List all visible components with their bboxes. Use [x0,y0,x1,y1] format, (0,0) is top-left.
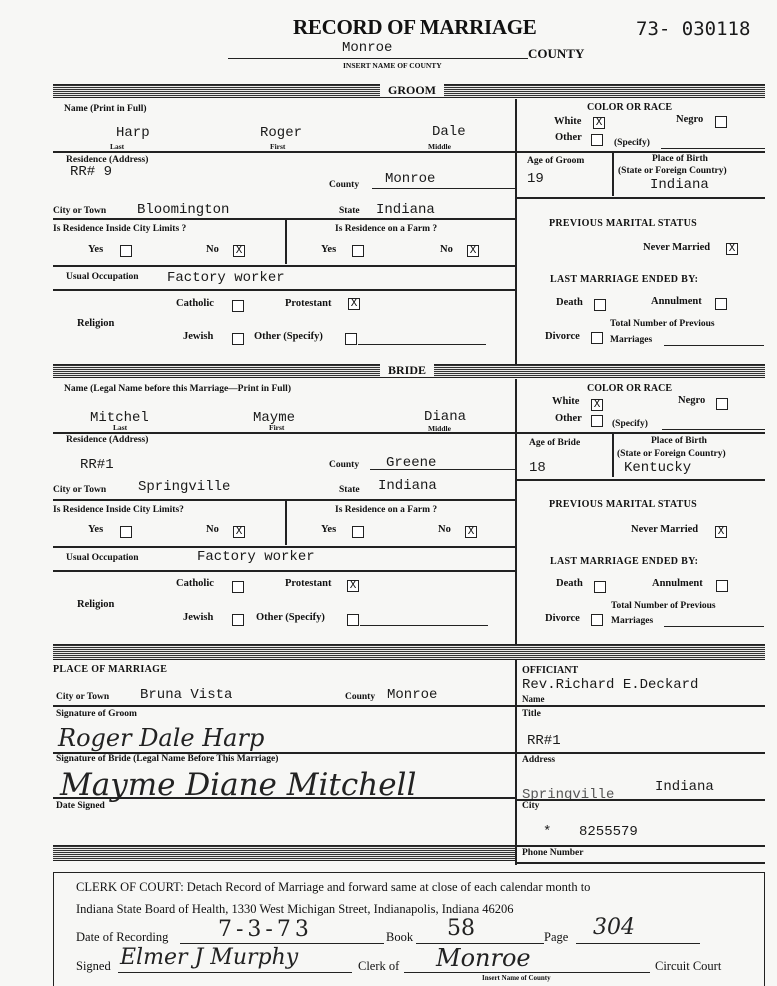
date-of-recording-label: Date of Recording [76,930,168,945]
underline [662,429,765,430]
clerk-county-written[interactable]: Monroe [436,944,531,972]
divider [53,570,515,572]
bride-county-label: County [329,460,359,470]
groom-catholic-label: Catholic [176,298,214,309]
bride-divorce-label: Divorce [545,613,580,624]
divider [516,197,765,199]
divider [516,845,765,847]
bride-other-race-label: Other [555,413,582,424]
bride-annulment-label: Annulment [652,578,703,589]
groom-annulment-checkbox[interactable] [715,298,727,310]
groom-death-label: Death [556,297,583,308]
bride-divorce-checkbox[interactable] [591,614,603,626]
header-county-value[interactable]: Monroe [342,40,392,56]
underline [661,148,765,149]
groom-age[interactable]: 19 [527,171,544,187]
groom-other-race-checkbox[interactable] [591,134,603,146]
divider [53,289,515,291]
place-city[interactable]: Bruna Vista [140,687,232,703]
groom-section-label: GROOM [380,83,444,97]
date-of-recording[interactable]: 7-3-73 [218,917,313,942]
groom-farm-yes-label: Yes [321,244,336,255]
bride-state[interactable]: Indiana [378,478,437,494]
underline [372,188,515,189]
groom-city-limits-no-label: No [206,244,219,255]
bride-protestant-label: Protestant [285,578,331,589]
bride-death-checkbox[interactable] [594,581,606,593]
bride-total-prev-label: Total Number of Previous [611,601,716,611]
bride-name-label: Name (Legal Name before this Marriage—Pr… [64,384,291,394]
bride-farm-no-checkbox[interactable]: X [465,526,477,538]
divider [53,797,515,799]
bride-other-religion-checkbox[interactable] [347,614,359,626]
bride-negro-checkbox[interactable] [716,398,728,410]
groom-county-label: County [329,180,359,190]
bride-first-caption: First [269,423,284,432]
divider [53,705,515,707]
groom-white-label: White [554,116,581,127]
groom-birth-place[interactable]: Indiana [650,177,709,193]
divider [53,546,515,548]
bride-birth-place[interactable]: Kentucky [624,460,691,476]
page-label: Page [544,930,568,945]
groom-birth-sub: (State or Foreign Country) [618,166,727,176]
signed-label: Signed [76,959,111,974]
groom-signature-label: Signature of Groom [56,709,137,719]
groom-protestant-checkbox[interactable]: X [348,298,360,310]
header-county-caption: INSERT NAME OF COUNTY [343,61,442,70]
bride-state-label: State [339,485,360,495]
underline [180,943,384,944]
groom-first-caption: First [270,142,285,151]
bride-city-limits-no-checkbox[interactable]: X [233,526,245,538]
divider [53,265,515,267]
bride-age[interactable]: 18 [529,460,546,476]
officiant-phone-label: Phone Number [522,848,584,858]
groom-last-caption: Last [110,142,124,151]
divider [285,500,287,545]
officiant-name-label: Name [522,694,545,704]
groom-middle-name[interactable]: Dale [432,124,466,140]
bride-city[interactable]: Springville [138,479,230,495]
bride-white-checkbox[interactable]: X [591,399,603,411]
groom-negro-checkbox[interactable] [715,116,727,128]
bride-catholic-checkbox[interactable] [232,581,244,593]
bride-birth-sub: (State or Foreign Country) [617,449,726,459]
groom-county[interactable]: Monroe [385,171,435,187]
officiant-state[interactable]: Indiana [655,779,714,795]
bride-signature-label: Signature of Bride (Legal Name Before Th… [56,754,278,764]
groom-occupation-label: Usual Occupation [66,272,139,282]
officiant-address-label: Address [522,755,555,765]
divider [516,432,765,434]
groom-city-limits-label: Is Residence Inside City Limits ? [53,224,186,234]
book-label: Book [386,930,413,945]
groom-prev-status-label: PREVIOUS MARITAL STATUS [549,218,697,229]
groom-never-married-label: Never Married [643,242,710,253]
divider [516,752,765,754]
bride-city-limits-label: Is Residence Inside City Limits? [53,505,184,515]
divider [516,799,765,801]
underline [118,972,352,973]
groom-divorce-label: Divorce [545,331,580,342]
officiant-title[interactable]: RR#1 [527,733,561,749]
place-bottom-bar [53,845,515,861]
place-column-divider [515,660,517,865]
divider [516,862,765,864]
groom-last-name[interactable]: Harp [116,125,150,141]
groom-birth-label: Place of Birth [652,154,708,164]
divider [53,499,515,501]
bride-other-race-checkbox[interactable] [591,415,603,427]
date-signed-label: Date Signed [56,801,105,811]
divider [516,705,765,707]
bride-total-prev-field[interactable] [664,626,764,627]
divider [53,432,515,434]
bride-catholic-label: Catholic [176,578,214,589]
bride-residence-label: Residence (Address) [66,435,148,445]
groom-city-label: City or Town [53,206,106,216]
divider [612,152,614,196]
underline [360,625,488,626]
underline [576,943,700,944]
divider [53,218,515,220]
bride-middle-name[interactable]: Diana [424,409,466,425]
header-county-line [228,58,528,59]
clerk-signature[interactable]: Elmer J Murphy [120,945,298,970]
officiant-name[interactable]: Rev.Richard E.Deckard [522,677,698,693]
groom-annulment-label: Annulment [651,296,702,307]
groom-total-prev-field[interactable] [664,345,764,346]
bride-farm-yes-checkbox[interactable] [352,526,364,538]
header-county-label: COUNTY [528,46,584,62]
groom-specify-label: (Specify) [614,138,650,148]
bride-never-married-label: Never Married [631,524,698,535]
bride-section-label: BRIDE [380,363,434,377]
groom-middle-caption: Middle [428,142,451,151]
underline [358,344,486,345]
bride-protestant-checkbox[interactable]: X [347,580,359,592]
groom-column-divider [515,99,517,364]
bride-farm-label: Is Residence on a Farm ? [335,505,437,515]
clerk-instructions-line-2: Indiana State Board of Health, 1330 West… [76,902,514,917]
bride-marriages-label: Marriages [611,616,653,626]
clerk-instructions-line-1: CLERK OF COURT: Detach Record of Marriag… [76,880,590,895]
bride-residence[interactable]: RR#1 [80,457,114,473]
document-title: RECORD OF MARRIAGE [293,15,536,40]
groom-other-religion-label: Other (Specify) [254,331,323,342]
groom-catholic-checkbox[interactable] [232,300,244,312]
bride-never-married-checkbox[interactable]: X [715,526,727,538]
bride-occupation[interactable]: Factory worker [197,549,315,565]
clerk-of-label: Clerk of [358,959,399,974]
page-number[interactable]: 304 [593,915,635,940]
book-number[interactable]: 58 [447,916,475,941]
bride-city-limits-no-label: No [206,524,219,535]
bride-religion-label: Religion [77,599,114,610]
groom-city-limits-yes-checkbox[interactable] [120,245,132,257]
bride-city-limits-yes-checkbox[interactable] [120,526,132,538]
divider [516,151,765,153]
groom-city[interactable]: Bloomington [137,202,229,218]
place-county-label: County [345,692,375,702]
clerk-county-caption: Insert Name of County [482,974,551,982]
bride-white-label: White [552,396,579,407]
groom-city-limits-yes-label: Yes [88,244,103,255]
groom-residence[interactable]: RR# 9 [70,164,112,180]
groom-marriages-label: Marriages [610,335,652,345]
groom-farm-label: Is Residence on a Farm ? [335,224,437,234]
groom-never-married-checkbox[interactable]: X [726,243,738,255]
bride-column-divider [515,379,517,644]
bride-city-label: City or Town [53,485,106,495]
bride-jewish-checkbox[interactable] [232,614,244,626]
groom-other-race-label: Other [555,132,582,143]
groom-occupation[interactable]: Factory worker [167,270,285,286]
groom-protestant-label: Protestant [285,298,331,309]
groom-other-religion-checkbox[interactable] [345,333,357,345]
bride-jewish-label: Jewish [183,612,213,623]
groom-jewish-label: Jewish [183,331,213,342]
divider [612,433,614,477]
groom-age-label: Age of Groom [527,156,584,166]
record-number: 73- 030118 [636,18,750,40]
circuit-court-label: Circuit Court [655,959,721,974]
bride-farm-yes-label: Yes [321,524,336,535]
underline [370,469,515,470]
bride-negro-label: Negro [678,395,705,406]
groom-negro-label: Negro [676,114,703,125]
place-county[interactable]: Monroe [387,687,437,703]
officiant-city-label: City [522,801,539,811]
bride-birth-label: Place of Birth [651,436,707,446]
divider [285,219,287,264]
groom-death-checkbox[interactable] [594,299,606,311]
divider [516,479,765,481]
bride-death-label: Death [556,578,583,589]
groom-name-label: Name (Print in Full) [64,104,147,114]
officiant-phone-prefix: * [543,824,551,840]
bride-farm-no-label: No [438,524,451,535]
bride-race-label: COLOR OR RACE [587,383,672,394]
underline [404,972,650,973]
bride-annulment-checkbox[interactable] [716,580,728,592]
groom-last-marriage-label: LAST MARRIAGE ENDED BY: [550,274,698,285]
officiant-title-label: Title [522,709,541,719]
groom-farm-yes-checkbox[interactable] [352,245,364,257]
groom-religion-label: Religion [77,318,114,329]
bride-age-label: Age of Bride [529,438,580,448]
groom-farm-no-label: No [440,244,453,255]
officiant-phone[interactable]: 8255579 [579,824,638,840]
groom-state[interactable]: Indiana [376,202,435,218]
groom-white-checkbox[interactable]: X [593,117,605,129]
groom-first-name[interactable]: Roger [260,125,302,141]
place-city-label: City or Town [56,692,109,702]
groom-jewish-checkbox[interactable] [232,333,244,345]
groom-city-limits-no-checkbox[interactable]: X [233,245,245,257]
place-section-bar [53,644,765,660]
groom-signature[interactable]: Roger Dale Harp [58,724,264,752]
bride-last-marriage-label: LAST MARRIAGE ENDED BY: [550,556,698,567]
groom-race-label: COLOR OR RACE [587,102,672,113]
bride-occupation-label: Usual Occupation [66,553,139,563]
groom-divorce-checkbox[interactable] [591,332,603,344]
place-section-label: PLACE OF MARRIAGE [53,664,167,675]
bride-prev-status-label: PREVIOUS MARITAL STATUS [549,499,697,510]
groom-farm-no-checkbox[interactable]: X [467,245,479,257]
groom-state-label: State [339,206,360,216]
bride-city-limits-yes-label: Yes [88,524,103,535]
bride-specify-label: (Specify) [612,419,648,429]
groom-total-prev-label: Total Number of Previous [610,319,715,329]
bride-other-religion-label: Other (Specify) [256,612,325,623]
divider [53,151,515,153]
officiant-section-label: OFFICIANT [522,665,578,676]
bride-last-caption: Last [113,423,127,432]
